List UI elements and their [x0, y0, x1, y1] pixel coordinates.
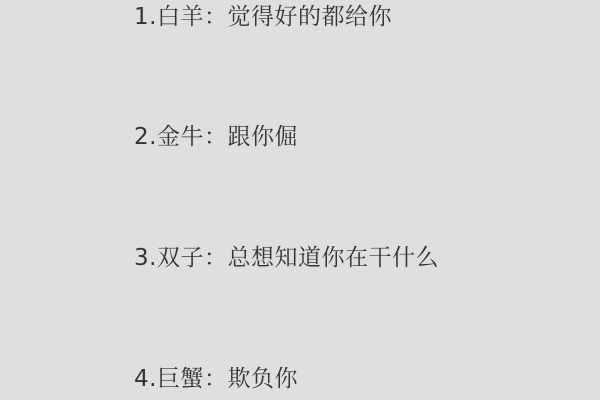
list-item-taurus: 2.金牛：跟你倔: [134, 122, 298, 152]
item-description: 总想知道你在干什么: [227, 245, 439, 271]
list-item-aries: 1.白羊：觉得好的都给你: [134, 2, 392, 32]
item-number: 1.: [134, 4, 157, 30]
list-item-cancer: 4.巨蟹：欺负你: [134, 364, 298, 394]
item-number: 3.: [134, 245, 157, 271]
separator: ：: [204, 245, 228, 271]
item-description: 欺负你: [227, 366, 298, 392]
zodiac-sign: 巨蟹: [157, 366, 204, 392]
item-description: 跟你倔: [227, 124, 298, 150]
separator: ：: [204, 4, 228, 30]
zodiac-sign: 双子: [157, 245, 204, 271]
item-number: 4.: [134, 366, 157, 392]
separator: ：: [204, 124, 228, 150]
zodiac-sign: 金牛: [157, 124, 204, 150]
item-description: 觉得好的都给你: [227, 4, 392, 30]
document-page: 1.白羊：觉得好的都给你 2.金牛：跟你倔 3.双子：总想知道你在干什么 4.巨…: [0, 0, 600, 400]
list-item-gemini: 3.双子：总想知道你在干什么: [134, 243, 439, 273]
item-number: 2.: [134, 124, 157, 150]
separator: ：: [204, 366, 228, 392]
zodiac-sign: 白羊: [157, 4, 204, 30]
